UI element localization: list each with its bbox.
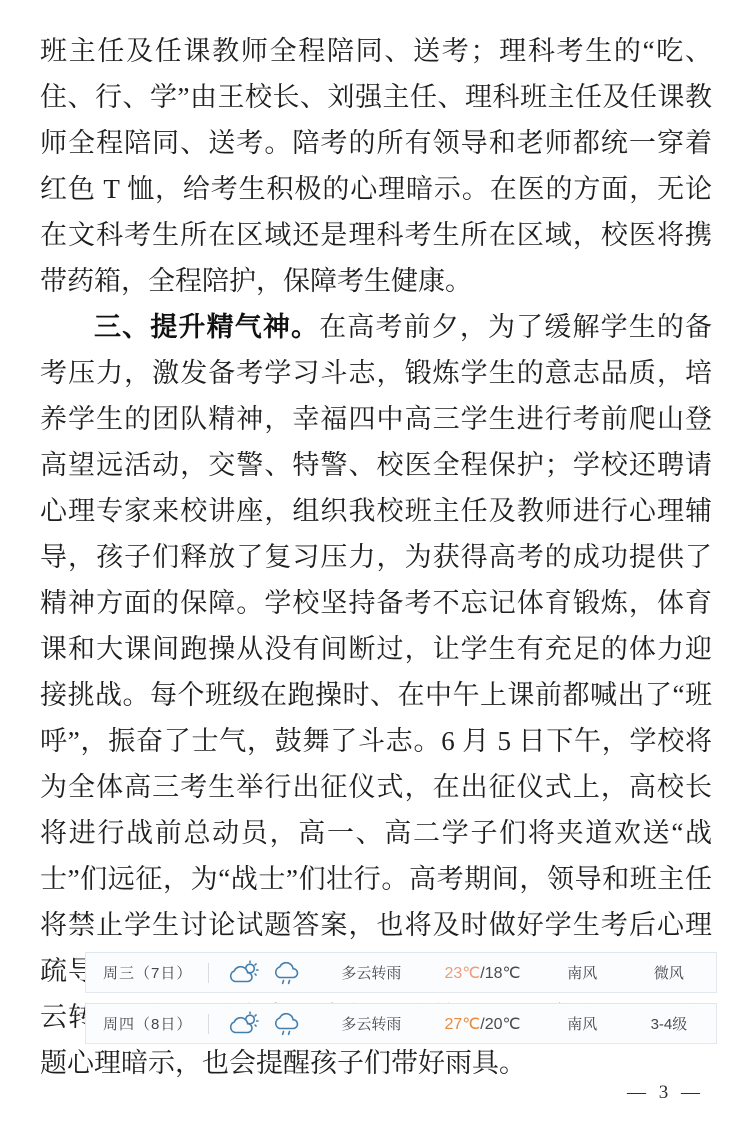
temp-low: /20℃ (480, 1016, 520, 1033)
page-number: — 3 — (627, 1082, 704, 1104)
weather-row-wednesday: 周三（7日） (85, 952, 717, 993)
partly-cloudy-icon (225, 1010, 262, 1037)
weather-icons (209, 1010, 320, 1037)
document-page: 班主任及任课教师全程陪同、送考；理科考生的“吃、住、行、学”由王校长、刘强主任、… (0, 0, 750, 1145)
rain-icon (271, 1010, 304, 1037)
temp-high: 23℃ (444, 965, 480, 982)
weather-temperature: 23℃/18℃ (422, 963, 543, 983)
wind-direction: 南风 (543, 962, 622, 983)
weather-icons (209, 959, 320, 986)
weather-forecast-table: 周三（7日） (85, 952, 717, 1054)
weather-condition: 多云转雨 (321, 962, 423, 983)
section-heading: 三、提升精气神。 (94, 312, 319, 342)
weather-day-label: 周四（8日） (86, 1013, 208, 1034)
rain-icon (271, 959, 304, 986)
wind-direction: 南风 (543, 1013, 622, 1034)
weather-condition: 多云转雨 (321, 1013, 423, 1034)
document-body: 班主任及任课教师全程陪同、送考；理科考生的“吃、住、行、学”由王校长、刘强主任、… (40, 28, 712, 1086)
weather-row-thursday: 周四（8日） (85, 1003, 717, 1044)
paragraph-continuation: 班主任及任课教师全程陪同、送考；理科考生的“吃、住、行、学”由王校长、刘强主任、… (40, 28, 712, 304)
temp-high: 27℃ (444, 1016, 480, 1033)
wind-power: 微风 (622, 962, 716, 983)
weather-temperature: 27℃/20℃ (422, 1014, 543, 1034)
temp-low: /18℃ (480, 965, 520, 982)
weather-day-label: 周三（7日） (86, 962, 208, 983)
wind-power: 3-4级 (622, 1013, 716, 1034)
partly-cloudy-icon (225, 959, 262, 986)
paragraph-text: 班主任及任课教师全程陪同、送考；理科考生的“吃、住、行、学”由王校长、刘强主任、… (40, 36, 712, 296)
